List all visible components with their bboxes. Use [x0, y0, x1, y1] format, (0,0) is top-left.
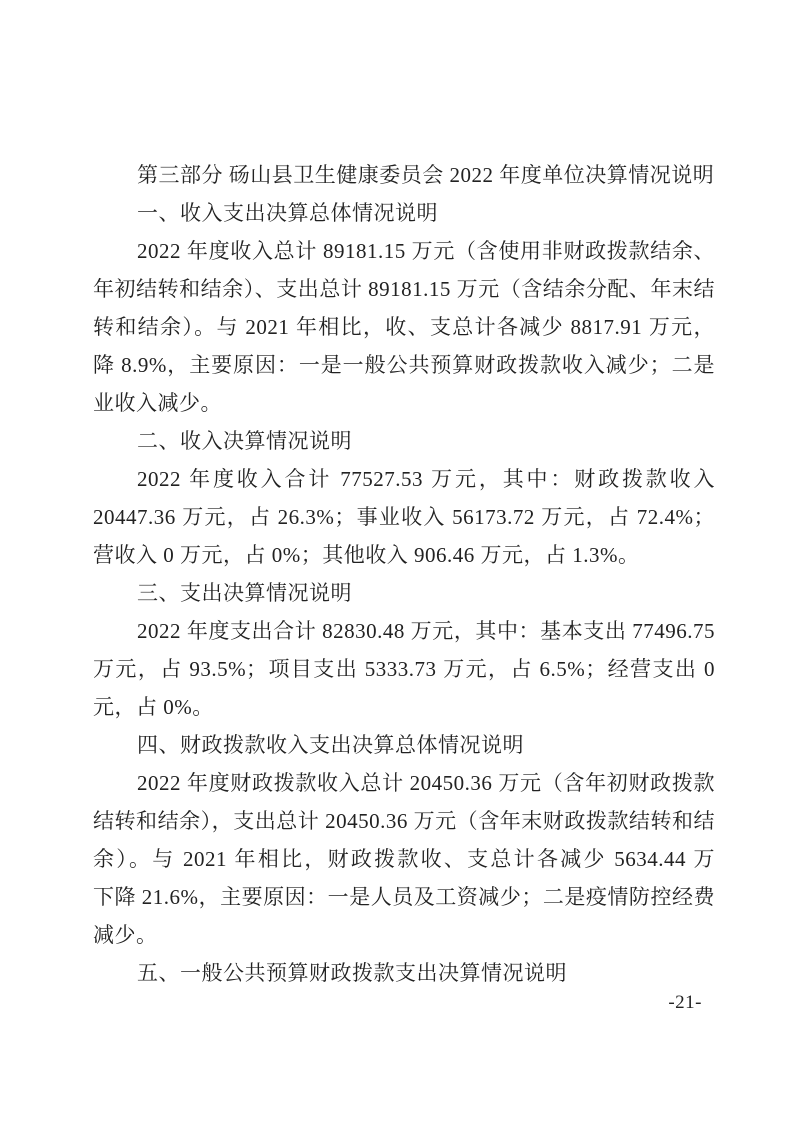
- body-line: 2022 年度收入合计 77527.53 万元，其中：财政拨款收入: [93, 460, 715, 498]
- body-line: 转和结余）。与 2021 年相比，收、支总计各减少 8817.91 万元，下: [93, 308, 715, 346]
- section-heading-1: 一、收入支出决算总体情况说明: [93, 194, 715, 232]
- body-line: 元，占 0%。: [93, 688, 715, 726]
- body-line: 业收入减少。: [93, 384, 715, 422]
- body-line: 2022 年度支出合计 82830.48 万元，其中：基本支出 77496.75: [93, 612, 715, 650]
- document-body: 第三部分 砀山县卫生健康委员会 2022 年度单位决算情况说明 一、收入支出决算…: [93, 156, 715, 992]
- body-line: 20447.36 万元，占 26.3%；事业收入 56173.72 万元，占 7…: [93, 498, 715, 536]
- body-line: 结转和结余），支出总计 20450.36 万元（含年末财政拨款结转和结: [93, 802, 715, 840]
- part-title: 第三部分 砀山县卫生健康委员会 2022 年度单位决算情况说明: [93, 156, 715, 194]
- section-heading-3: 三、支出决算情况说明: [93, 574, 715, 612]
- section-heading-2: 二、收入决算情况说明: [93, 422, 715, 460]
- page-number: -21-: [668, 992, 702, 1014]
- body-line: 年初结转和结余）、支出总计 89181.15 万元（含结余分配、年末结: [93, 270, 715, 308]
- body-line: 下降 21.6%，主要原因：一是人员及工资减少；二是疫情防控经费: [93, 878, 715, 916]
- body-line: 营收入 0 万元，占 0%；其他收入 906.46 万元，占 1.3%。: [93, 536, 715, 574]
- section-heading-4: 四、财政拨款收入支出决算总体情况说明: [93, 726, 715, 764]
- body-line: 降 8.9%，主要原因：一是一般公共预算财政拨款收入减少；二是事: [93, 346, 715, 384]
- body-line: 万元，占 93.5%；项目支出 5333.73 万元，占 6.5%；经营支出 0…: [93, 650, 715, 688]
- body-line: 余）。与 2021 年相比，财政拨款收、支总计各减少 5634.44 万元，: [93, 840, 715, 878]
- body-line: 2022 年度财政拨款收入总计 20450.36 万元（含年初财政拨款: [93, 764, 715, 802]
- body-line: 减少。: [93, 916, 715, 954]
- document-page: 第三部分 砀山县卫生健康委员会 2022 年度单位决算情况说明 一、收入支出决算…: [0, 0, 793, 1122]
- section-heading-5: 五、一般公共预算财政拨款支出决算情况说明: [93, 954, 715, 992]
- body-line: 2022 年度收入总计 89181.15 万元（含使用非财政拨款结余、: [93, 232, 715, 270]
